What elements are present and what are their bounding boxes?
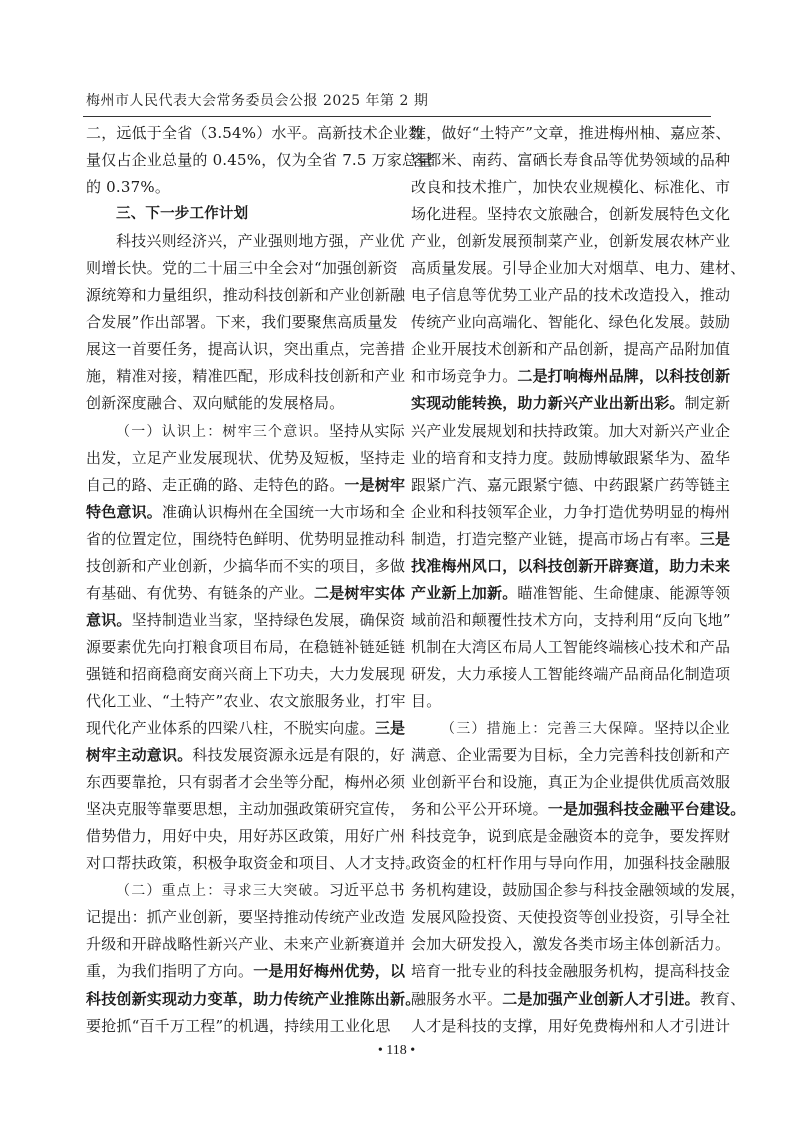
body-text: 研发，大力承接人工智能终端产品商品化制造项 [411, 665, 730, 683]
text-line: 科技兴则经济兴，产业强则地方强，产业优 [86, 228, 386, 255]
body-text: 务机构建设，鼓励国企参与科技金融领域的发展， [411, 881, 745, 899]
text-line: 企业开展技术创新和产品创新，提高产品附加值 [411, 336, 713, 363]
bold-text: 一是加强科技金融平台建设。 [548, 800, 746, 818]
subheading-text: （一）认识上：树牢三个意识。 [116, 424, 329, 440]
page-number: • 118 • [0, 1043, 793, 1059]
body-text: 业创新平台和设施，真正为企业提供优质高效服 [411, 773, 730, 791]
body-text: 记提出：抓产业创新，要坚持推动传统产业改造 [86, 908, 405, 926]
text-line: 和市场竞争力。二是打响梅州品牌，以科技创新 [411, 363, 713, 390]
body-text: 科技竞争，说到底是金融资本的竞争，要发挥财 [411, 827, 730, 845]
body-text: 源统筹和力量组织，推动科技创新和产业创新融 [86, 286, 405, 304]
body-text: 客都米、南药、富硒长寿食品等优势领域的品种 [411, 151, 730, 169]
bold-text: 一是用好梅州优势，以 [253, 962, 405, 980]
bold-text: 一是树牢 [344, 476, 405, 494]
text-line: 业的培育和支持力度。鼓励博敏跟紧华为、盈华 [411, 445, 713, 472]
text-line: 省的位置定位，围绕特色鲜明、优势明显推动科 [86, 526, 386, 553]
body-text: 兴产业发展规划和扶持政策。加大对新兴产业企 [411, 422, 730, 440]
body-text: 企业开展技术创新和产品创新，提高产品附加值 [411, 340, 730, 358]
text-line: 展这一首要任务，提高认识，突出重点，完善措 [86, 336, 386, 363]
body-text: 升级和开辟战略性新兴产业、未来产业新赛道并 [86, 935, 405, 953]
bold-text: 找准梅州风口，以科技创新开辟赛道，助力未来 [411, 557, 730, 575]
body-text: 教育、 [700, 990, 746, 1008]
text-line: 代化工业、“土特产”农业、农文旅服务业，打牢 [86, 688, 386, 715]
body-text: 高质量发展。引导企业加大对烟草、电力、建材、 [411, 259, 745, 277]
body-text: 省的位置定位，围绕特色鲜明、优势明显推动科 [86, 530, 405, 548]
body-text: 目。 [411, 692, 441, 710]
text-line: 合发展”作出部署。下来，我们要聚焦高质量发 [86, 309, 386, 336]
body-text: 域前沿和颠覆性技术方向，支持利用“反向飞地” [411, 611, 731, 629]
right-column: 维，做好“土特产”文章，推进梅州柚、嘉应茶、客都米、南药、富硒长寿食品等优势领域… [411, 120, 713, 1040]
text-line: 有基础、有优势、有链条的产业。二是树牢实体 [86, 580, 386, 607]
body-text: 展这一首要任务，提高认识，突出重点，完善措 [86, 340, 405, 358]
text-line: 业创新平台和设施，真正为企业提供优质高效服 [411, 769, 713, 796]
text-line: （一）认识上：树牢三个意识。坚持从实际 [86, 418, 386, 445]
bold-text: 树牢主动意识。 [86, 746, 192, 764]
body-text: 重，为我们指明了方向。 [86, 962, 253, 980]
body-text: 自己的路、走正确的路、走特色的路。 [86, 476, 344, 494]
text-line: （三）措施上：完善三大保障。坚持以企业 [411, 715, 713, 742]
text-line: （二）重点上：寻求三大突破。习近平总书 [86, 877, 386, 904]
body-text: 的 0.37%。 [86, 178, 170, 196]
body-text: 有基础、有优势、有链条的产业。 [86, 584, 314, 602]
text-line: 实现动能转换，助力新兴产业出新出彩。制定新 [411, 390, 713, 417]
bold-text: 二是打响梅州品牌，以科技创新 [517, 367, 730, 385]
text-line: 借势借力，用好中央，用好苏区政策，用好广州 [86, 823, 386, 850]
body-text: 电子信息等优势工业产品的技术改造投入，推动 [411, 286, 730, 304]
text-line: 传统产业向高端化、智能化、绿色化发展。鼓励 [411, 309, 713, 336]
text-line: 域前沿和颠覆性技术方向，支持利用“反向飞地” [411, 607, 713, 634]
body-text: 科技发展资源永远是有限的，好 [192, 746, 405, 764]
body-text: 习近平总书 [329, 881, 405, 899]
body-text: 则增长快。党的二十届三中全会对“加强创新资 [86, 259, 398, 277]
subheading-text: （二）重点上：寻求三大突破。 [116, 883, 329, 899]
bold-text: 意识。 [86, 611, 132, 629]
body-text: 和市场竞争力。 [411, 367, 517, 385]
text-line: 改良和技术推广，加快农业规模化、标准化、市 [411, 174, 713, 201]
body-text: 出发，立足产业发展现状、优势及短板，坚持走 [86, 449, 405, 467]
body-text: 制定新 [685, 394, 731, 412]
body-text: 坚持制造业当家，坚持绿色发展，确保资 [132, 611, 406, 629]
body-text: 会加大研发投入，激发各类市场主体创新活力。 [411, 935, 730, 953]
text-line: 对口帮扶政策，积极争取资金和项目、人才支持。 [86, 850, 386, 877]
body-text: 源要素优先向打粮食项目布局，在稳链补链延链 [86, 638, 405, 656]
subheading-text: （三）措施上：完善三大保障。 [441, 721, 654, 737]
body-text: 代化工业、“土特产”农业、农文旅服务业，打牢 [86, 692, 406, 710]
body-text: 人才是科技的支撑，用好免费梅州和人才引进计 [411, 1017, 730, 1035]
journal-header: 梅州市人民代表大会常务委员会公报 2025 年第 2 期 [86, 90, 711, 116]
text-line: 升级和开辟战略性新兴产业、未来产业新赛道并 [86, 931, 386, 958]
body-text: 务和公平公开环境。 [411, 800, 548, 818]
body-text: 量仅占企业总量的 0.45%，仅为全省 7.5 万家总量 [86, 151, 432, 169]
text-line: 高质量发展。引导企业加大对烟草、电力、建材、 [411, 255, 713, 282]
text-line: 源统筹和力量组织，推动科技创新和产业创新融 [86, 282, 386, 309]
text-line: 科技创新实现动力变革，助力传统产业推陈出新。 [86, 986, 386, 1013]
body-text: 合发展”作出部署。下来，我们要聚焦高质量发 [86, 313, 398, 331]
text-line: 满意、企业需要为目标，全力完善科技创新和产 [411, 742, 713, 769]
body-text: 政资金的杠杆作用与导向作用，加强科技金融服 [411, 854, 730, 872]
header-rule [83, 116, 711, 117]
text-line: 要抢抓“百千万工程”的机遇，持续用工业化思 [86, 1013, 386, 1040]
text-line: 产业，创新发展预制菜产业，创新发展农林产业 [411, 228, 713, 255]
body-text: 传统产业向高端化、智能化、绿色化发展。鼓励 [411, 313, 730, 331]
body-text: 业的培育和支持力度。鼓励博敏跟紧华为、盈华 [411, 449, 730, 467]
text-line: 二，远低于全省（3.54%）水平。高新技术企业数 [86, 120, 386, 147]
text-line: 政资金的杠杆作用与导向作用，加强科技金融服 [411, 850, 713, 877]
body-text: 施，精准对接，精准匹配，形成科技创新和产业 [86, 367, 405, 385]
text-line: 发展风险投资、天使投资等创业投资，引导全社 [411, 904, 713, 931]
body-text: 维，做好“土特产”文章，推进梅州柚、嘉应茶、 [411, 124, 731, 142]
body-text: 二，远低于全省（3.54%）水平。高新技术企业数 [86, 124, 423, 142]
text-line: 施，精准对接，精准匹配，形成科技创新和产业 [86, 363, 386, 390]
text-line: 量仅占企业总量的 0.45%，仅为全省 7.5 万家总量 [86, 147, 386, 174]
text-line: 技创新和产业创新，少搞华而不实的项目，多做 [86, 553, 386, 580]
left-column: 二，远低于全省（3.54%）水平。高新技术企业数量仅占企业总量的 0.45%，仅… [86, 120, 386, 1040]
body-text: 企业和科技领军企业，力争打造优势明显的梅州 [411, 503, 730, 521]
bold-text: 三是 [375, 719, 405, 737]
text-line: 坚决克服等靠要思想，主动加强政策研究宣传， [86, 796, 386, 823]
text-line: 电子信息等优势工业产品的技术改造投入，推动 [411, 282, 713, 309]
text-line: 自己的路、走正确的路、走特色的路。一是树牢 [86, 472, 386, 499]
body-text: 跟紧广汽、嘉元跟紧宁德、中药跟紧广药等链主 [411, 476, 730, 494]
text-line: 务机构建设，鼓励国企参与科技金融领域的发展， [411, 877, 713, 904]
text-line: 意识。坚持制造业当家，坚持绿色发展，确保资 [86, 607, 386, 634]
body-text: 培育一批专业的科技金融服务机构，提高科技金 [411, 962, 730, 980]
bold-text: 二是树牢实体 [314, 584, 405, 602]
body-text: 创新深度融合、双向赋能的发展格局。 [86, 394, 344, 412]
body-text: 融服务水平。 [411, 990, 502, 1008]
text-line: 跟紧广汽、嘉元跟紧宁德、中药跟紧广药等链主 [411, 472, 713, 499]
text-line: 特色意识。准确认识梅州在全国统一大市场和全 [86, 499, 386, 526]
body-text: 借势借力，用好中央，用好苏区政策，用好广州 [86, 827, 405, 845]
text-line: 创新深度融合、双向赋能的发展格局。 [86, 390, 386, 417]
body-text: 制造，打造完整产业链，提高市场占有率。 [411, 530, 700, 548]
bold-text: 产业新上加新。 [411, 584, 517, 602]
text-line: 源要素优先向打粮食项目布局，在稳链补链延链 [86, 634, 386, 661]
body-text: 发展风险投资、天使投资等创业投资，引导全社 [411, 908, 730, 926]
text-line: 出发，立足产业发展现状、优势及短板，坚持走 [86, 445, 386, 472]
bold-text: 实现动能转换，助力新兴产业出新出彩。 [411, 394, 685, 412]
text-line: 会加大研发投入，激发各类市场主体创新活力。 [411, 931, 713, 958]
body-text: 满意、企业需要为目标，全力完善科技创新和产 [411, 746, 730, 764]
body-text: 坚持以企业 [654, 719, 730, 737]
text-line: 记提出：抓产业创新，要坚持推动传统产业改造 [86, 904, 386, 931]
bold-text: 特色意识。 [86, 503, 162, 521]
text-line: 树牢主动意识。科技发展资源永远是有限的，好 [86, 742, 386, 769]
bold-text: 三是 [700, 530, 730, 548]
text-line: 东西要靠抢，只有弱者才会坐等分配，梅州必须 [86, 769, 386, 796]
body-text: 技创新和产业创新，少搞华而不实的项目，多做 [86, 557, 405, 575]
bold-text: 科技创新实现动力变革，助力传统产业推陈出新。 [86, 990, 420, 1008]
text-line: 企业和科技领军企业，力争打造优势明显的梅州 [411, 499, 713, 526]
text-line: 培育一批专业的科技金融服务机构，提高科技金 [411, 958, 713, 985]
text-line: 目。 [411, 688, 713, 715]
body-text: 瞄准智能、生命健康、能源等领 [517, 584, 730, 602]
text-line: 产业新上加新。瞄准智能、生命健康、能源等领 [411, 580, 713, 607]
text-line: 找准梅州风口，以科技创新开辟赛道，助力未来 [411, 553, 713, 580]
body-text: 东西要靠抢，只有弱者才会坐等分配，梅州必须 [86, 773, 405, 791]
text-line: 强链和招商稳商安商兴商上下功夫，大力发展现 [86, 661, 386, 688]
body-text: 坚持从实际 [329, 422, 405, 440]
text-line: 的 0.37%。 [86, 174, 386, 201]
text-line: 客都米、南药、富硒长寿食品等优势领域的品种 [411, 147, 713, 174]
body-text: 坚决克服等靠要思想，主动加强政策研究宣传， [86, 800, 405, 818]
text-line: 现代化产业体系的四梁八柱，不脱实向虚。三是 [86, 715, 386, 742]
body-text: 三、下一步工作计划 [116, 206, 248, 222]
body-text: 现代化产业体系的四梁八柱，不脱实向虚。 [86, 719, 375, 737]
body-text: 准确认识梅州在全国统一大市场和全 [162, 503, 405, 521]
text-line: 制造，打造完整产业链，提高市场占有率。三是 [411, 526, 713, 553]
text-line: 则增长快。党的二十届三中全会对“加强创新资 [86, 255, 386, 282]
bold-text: 二是加强产业创新人才引进。 [502, 990, 700, 1008]
body-text: 科技兴则经济兴，产业强则地方强，产业优 [116, 232, 405, 250]
text-line: 场化进程。坚持农文旅融合，创新发展特色文化 [411, 201, 713, 228]
text-line: 务和公平公开环境。一是加强科技金融平台建设。 [411, 796, 713, 823]
text-line: 研发，大力承接人工智能终端产品商品化制造项 [411, 661, 713, 688]
body-text: 产业，创新发展预制菜产业，创新发展农林产业 [411, 232, 730, 250]
section-heading: 三、下一步工作计划 [86, 201, 386, 228]
text-line: 科技竞争，说到底是金融资本的竞争，要发挥财 [411, 823, 713, 850]
text-line: 融服务水平。二是加强产业创新人才引进。教育、 [411, 986, 713, 1013]
text-line: 人才是科技的支撑，用好免费梅州和人才引进计 [411, 1013, 713, 1040]
body-text: 改良和技术推广，加快农业规模化、标准化、市 [411, 178, 730, 196]
body-text: 场化进程。坚持农文旅融合，创新发展特色文化 [411, 205, 730, 223]
text-line: 维，做好“土特产”文章，推进梅州柚、嘉应茶、 [411, 120, 713, 147]
text-line: 重，为我们指明了方向。一是用好梅州优势，以 [86, 958, 386, 985]
body-text: 机制在大湾区布局人工智能终端核心技术和产品 [411, 638, 730, 656]
body-text: 对口帮扶政策，积极争取资金和项目、人才支持。 [86, 854, 420, 872]
text-line: 机制在大湾区布局人工智能终端核心技术和产品 [411, 634, 713, 661]
body-text: 要抢抓“百千万工程”的机遇，持续用工业化思 [86, 1017, 391, 1035]
text-line: 兴产业发展规划和扶持政策。加大对新兴产业企 [411, 418, 713, 445]
body-text: 强链和招商稳商安商兴商上下功夫，大力发展现 [86, 665, 405, 683]
